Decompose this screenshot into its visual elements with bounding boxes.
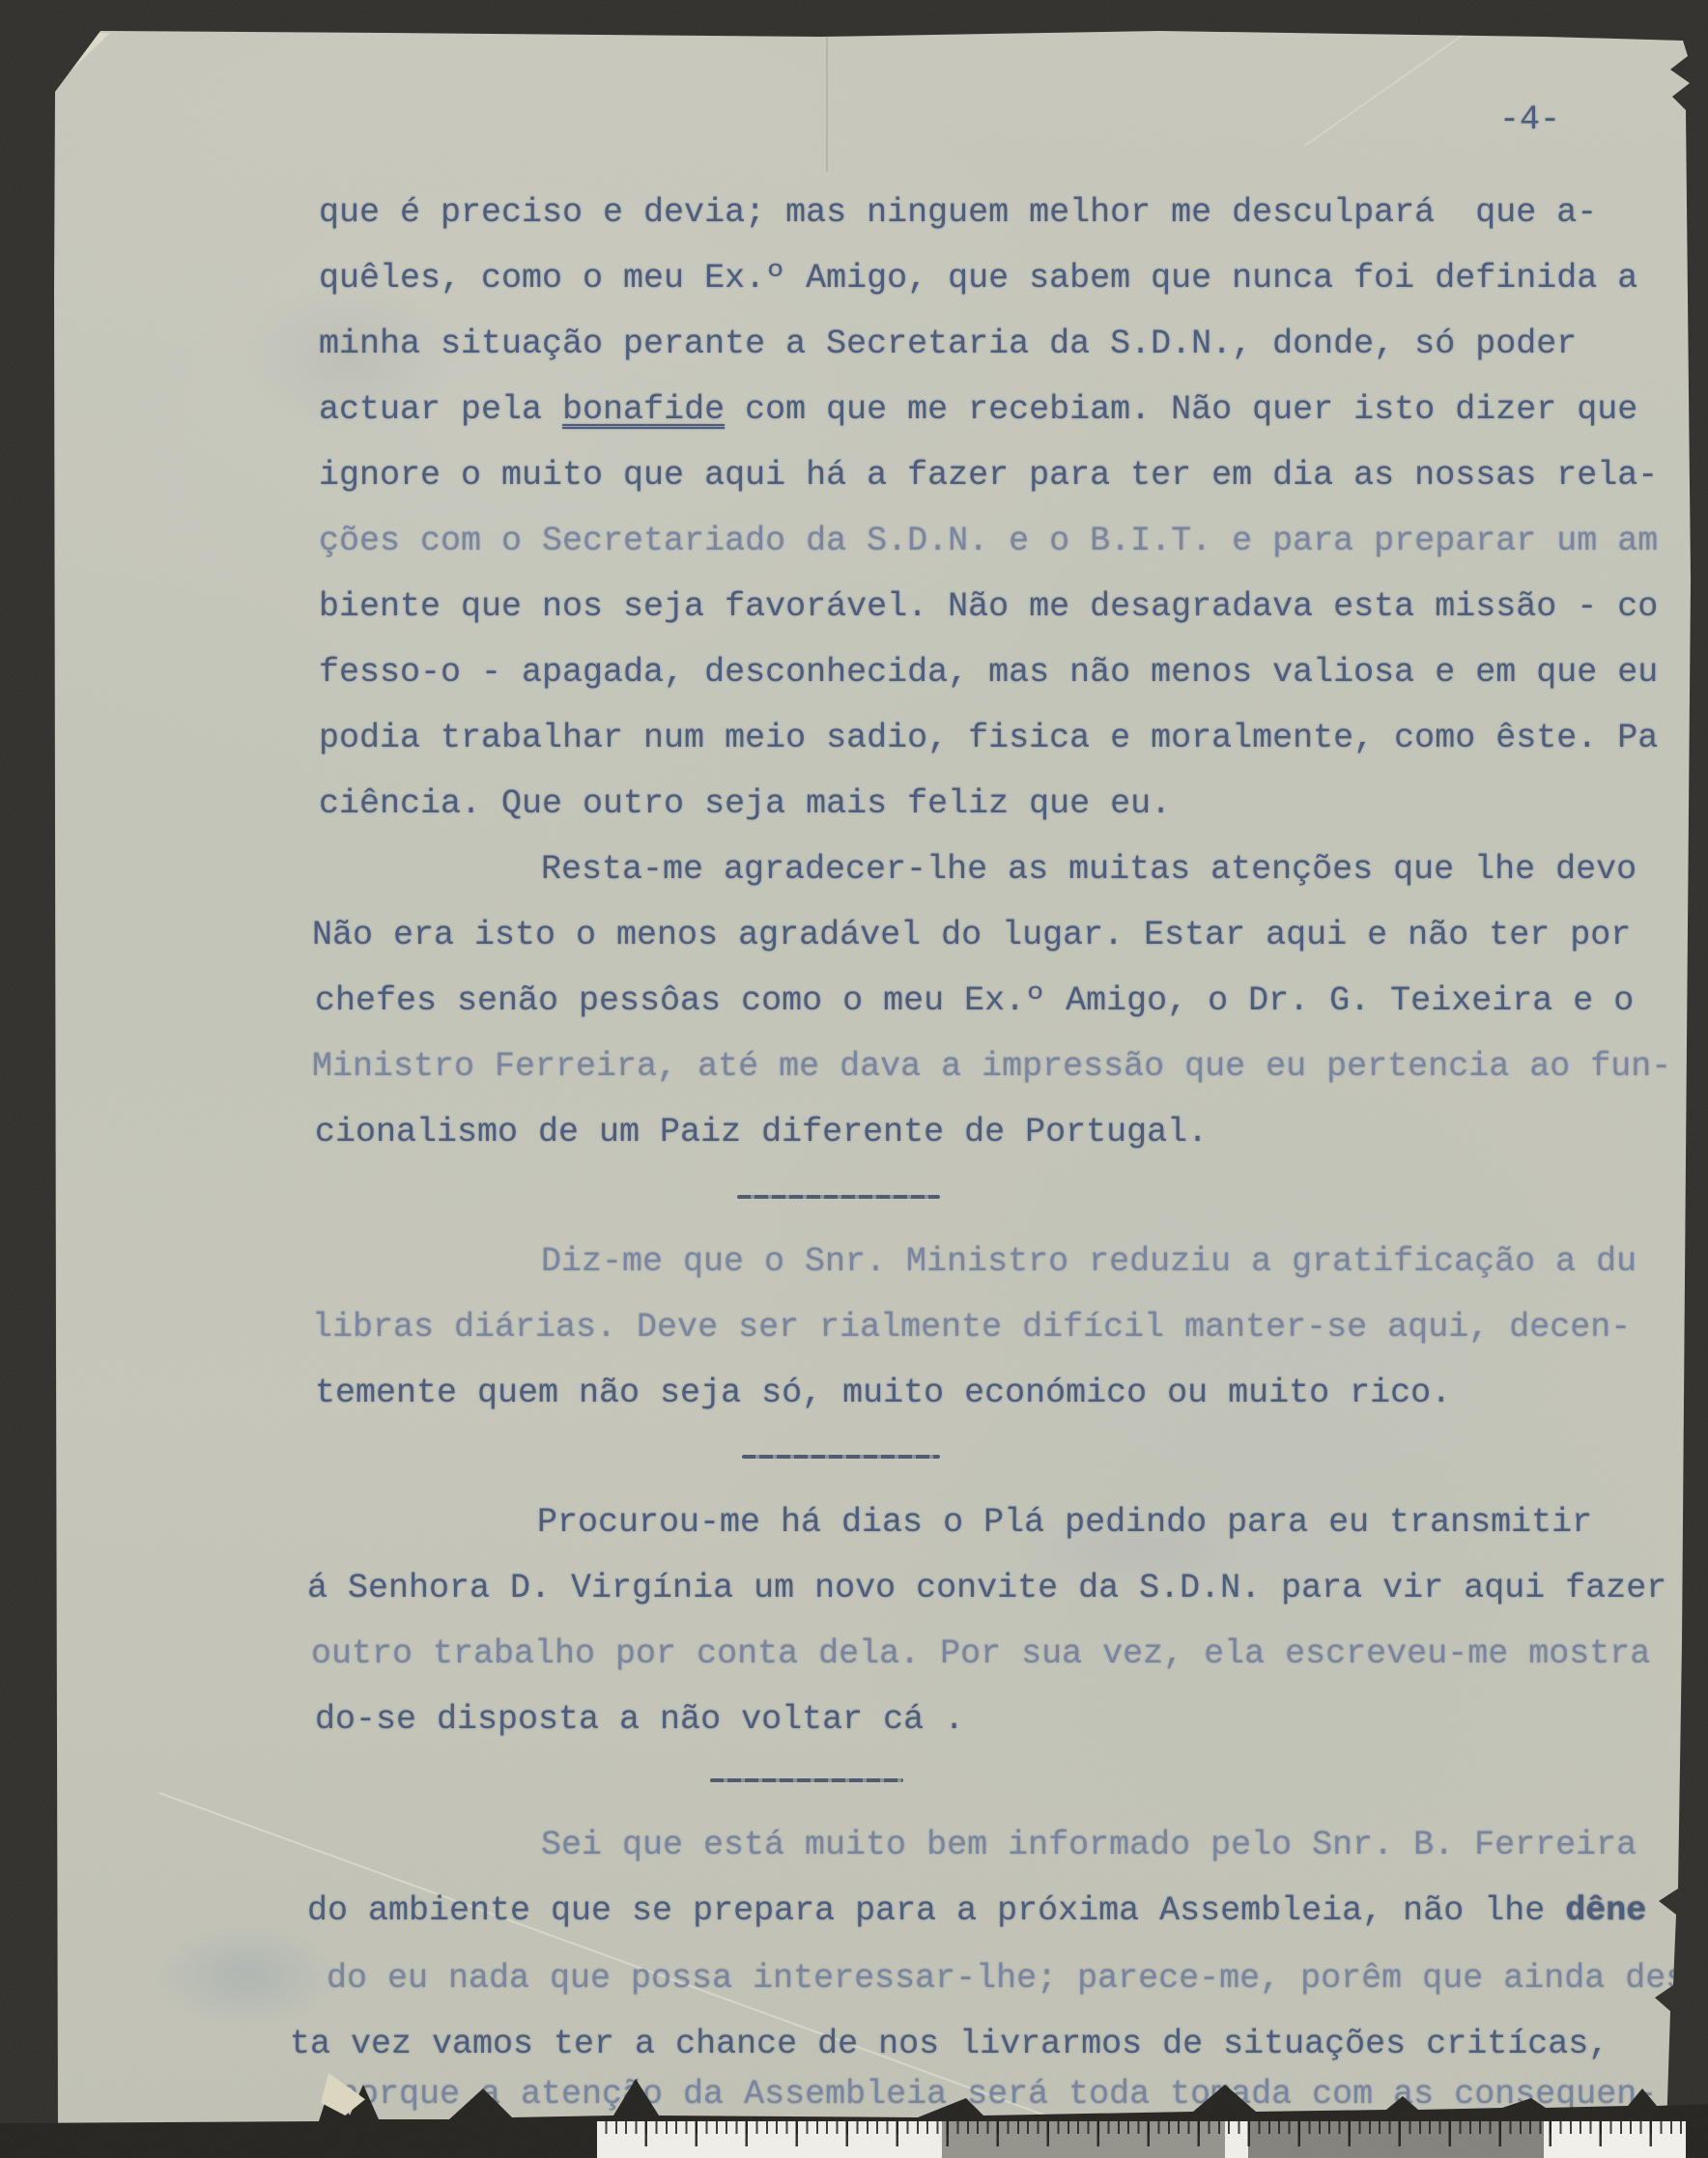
text-segment: podia trabalhar num meio sadio, fisica e… <box>319 719 1658 757</box>
divider-line <box>742 1455 940 1459</box>
text-line: chefes senão pessôas como o meu Ex.º Ami… <box>315 981 1634 1020</box>
text-line: podia trabalhar num meio sadio, fisica e… <box>319 719 1658 757</box>
text-line: do eu nada que possa interessar-lhe; par… <box>327 1959 1706 1998</box>
text-segment: quêles, como o meu Ex.º Amigo, que sabem… <box>319 259 1637 298</box>
divider-line <box>710 1778 903 1782</box>
text-segment: do ambiente que se prepara para a próxim… <box>307 1891 1565 1930</box>
text-segment: do-se disposta a não voltar cá . <box>315 1700 964 1739</box>
overstruck-word: dêne <box>1565 1891 1646 1930</box>
text-segment: fesso-o - apagada, desconhecida, mas não… <box>319 653 1658 692</box>
text-segment: Ministro Ferreira, até me dava a impress… <box>312 1047 1671 1086</box>
calibration-ruler <box>597 2121 1686 2158</box>
scanned-document-page: -4- que é preciso e devia; mas ninguem m… <box>0 0 1708 2158</box>
text-line: biente que nos seja favorável. Não me de… <box>319 587 1658 626</box>
text-line: ções com o Secretariado da S.D.N. e o B.… <box>319 522 1658 560</box>
text-segment: ções com o Secretariado da S.D.N. e o B.… <box>319 522 1658 560</box>
text-segment: chefes senão pessôas como o meu Ex.º Ami… <box>315 981 1634 1020</box>
text-segment: minha situação perante a Secretaria da S… <box>319 325 1577 363</box>
text-segment: ignore o muito que aqui há a fazer para … <box>319 456 1658 495</box>
text-line: Diz-me que o Snr. Ministro reduziu a gra… <box>541 1242 1637 1281</box>
text-segment: que é preciso e devia; mas ninguem melho… <box>319 193 1597 232</box>
text-segment: Sei que está muito bem informado pelo Sn… <box>541 1826 1637 1864</box>
paper-sheet: -4- que é preciso e devia; mas ninguem m… <box>0 0 1708 2158</box>
text-segment: do eu nada que possa interessar-lhe; par… <box>327 1959 1706 1998</box>
text-segment: Diz-me que o Snr. Ministro reduziu a gra… <box>541 1242 1637 1281</box>
text-line: libras diárias. Deve ser rialmente difíc… <box>312 1308 1631 1347</box>
page-number: -4- <box>1499 100 1560 139</box>
text-segment: Não era isto o menos agradável do lugar.… <box>312 916 1631 954</box>
text-segment: libras diárias. Deve ser rialmente difíc… <box>312 1308 1631 1347</box>
text-line: actuar pela bonafide com que me recebiam… <box>319 390 1637 429</box>
text-line: Sei que está muito bem informado pelo Sn… <box>541 1826 1637 1864</box>
text-line: á Senhora D. Virgínia um novo convite da… <box>307 1569 1666 1607</box>
text-line: ta vez vamos ter a chance de nos livrarm… <box>290 2025 1608 2063</box>
text-line: ciência. Que outro seja mais feliz que e… <box>319 784 1171 823</box>
text-line: que é preciso e devia; mas ninguem melho… <box>319 193 1597 232</box>
ink-smudge <box>155 1922 338 2029</box>
text-line: Procurou-me há dias o Plá pedindo para e… <box>537 1503 1592 1542</box>
text-segment: biente que nos seja favorável. Não me de… <box>319 587 1658 626</box>
text-line: quêles, como o meu Ex.º Amigo, que sabem… <box>319 259 1637 298</box>
text-segment: ciência. Que outro seja mais feliz que e… <box>319 784 1171 823</box>
divider-line <box>737 1195 940 1199</box>
paper-crease <box>826 27 828 172</box>
text-line: outro trabalho por conta dela. Por sua v… <box>311 1634 1650 1673</box>
text-line: Resta-me agradecer-lhe as muitas atençõe… <box>541 850 1637 889</box>
text-segment: temente quem não seja só, muito económic… <box>315 1374 1451 1412</box>
ruler-ticks-tall <box>597 2121 1686 2146</box>
text-line: fesso-o - apagada, desconhecida, mas não… <box>319 653 1658 692</box>
text-segment: Resta-me agradecer-lhe as muitas atençõe… <box>541 850 1637 889</box>
text-line: do-se disposta a não voltar cá . <box>315 1700 964 1739</box>
torn-corner-backing <box>54 33 110 87</box>
text-line: ignore o muito que aqui há a fazer para … <box>319 456 1658 495</box>
text-segment: á Senhora D. Virgínia um novo convite da… <box>307 1569 1666 1607</box>
text-segment: com que me recebiam. Não quer isto dizer… <box>725 390 1637 429</box>
text-segment: Procurou-me há dias o Plá pedindo para e… <box>537 1503 1592 1542</box>
text-segment: cionalismo de um Paiz diferente de Portu… <box>315 1113 1208 1151</box>
text-line: Ministro Ferreira, até me dava a impress… <box>312 1047 1671 1086</box>
text-segment: porque a atenção da Assembleia será toda… <box>338 2075 1657 2114</box>
underlined-word: bonafide <box>562 390 725 429</box>
text-line: do ambiente que se prepara para a próxim… <box>307 1891 1646 1930</box>
text-line: minha situação perante a Secretaria da S… <box>319 325 1577 363</box>
text-line: porque a atenção da Assembleia será toda… <box>338 2075 1657 2114</box>
text-line: Não era isto o menos agradável do lugar.… <box>312 916 1631 954</box>
text-segment: actuar pela <box>319 390 562 429</box>
text-segment: ta vez vamos ter a chance de nos livrarm… <box>290 2025 1608 2063</box>
text-line: temente quem não seja só, muito económic… <box>315 1374 1451 1412</box>
text-line: cionalismo de um Paiz diferente de Portu… <box>315 1113 1208 1151</box>
text-segment: outro trabalho por conta dela. Por sua v… <box>311 1634 1650 1673</box>
